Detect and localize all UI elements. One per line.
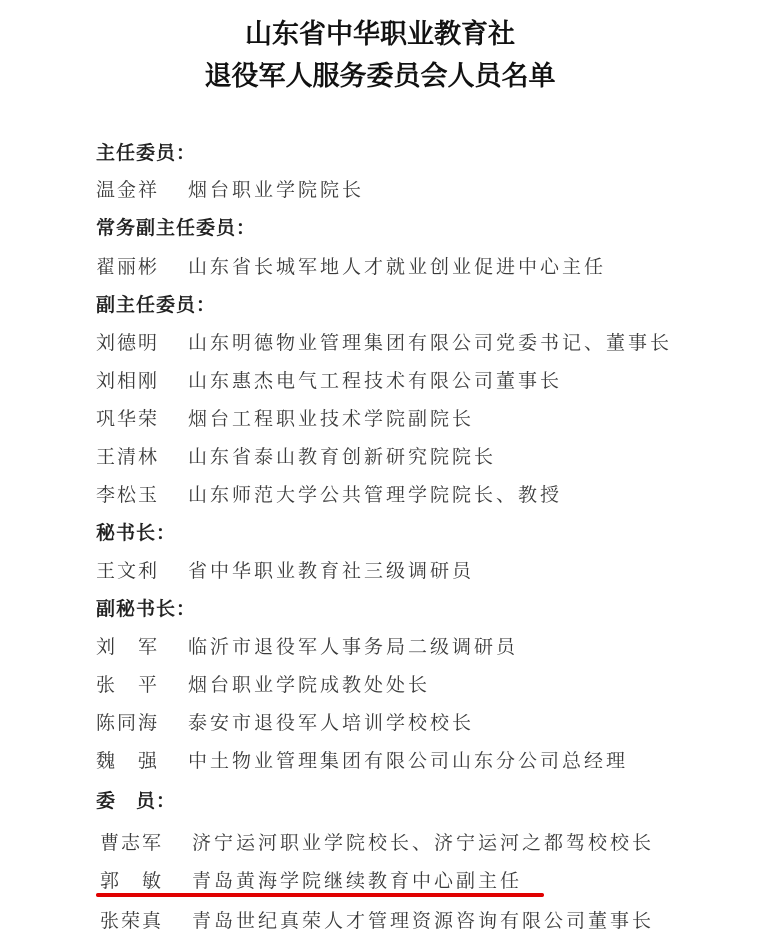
member-entry: 刘德明山东明德物业管理集团有限公司党委书记、董事长	[96, 328, 672, 355]
document-title-line1: 山东省中华职业教育社	[0, 12, 760, 51]
member-role: 烟台职业学院成教处处长	[188, 674, 430, 696]
member-role: 山东师范大学公共管理学院院长、教授	[188, 484, 562, 506]
member-entry: 刘 军临沂市退役军人事务局二级调研员	[96, 632, 518, 659]
member-role: 临沂市退役军人事务局二级调研员	[188, 636, 518, 658]
member-name: 曹志军	[100, 828, 192, 855]
member-entry: 刘相刚山东惠杰电气工程技术有限公司董事长	[96, 366, 562, 393]
member-name: 刘相刚	[96, 366, 188, 393]
member-role: 山东惠杰电气工程技术有限公司董事长	[188, 370, 562, 392]
member-entry: 张 平烟台职业学院成教处处长	[96, 670, 430, 697]
member-name: 魏 强	[96, 746, 188, 773]
member-entry: 翟丽彬山东省长城军地人才就业创业促进中心主任	[96, 252, 606, 279]
member-name: 巩华荣	[96, 404, 188, 431]
member-role: 山东明德物业管理集团有限公司党委书记、董事长	[188, 332, 672, 354]
member-role: 山东省长城军地人才就业创业促进中心主任	[188, 256, 606, 278]
section-heading-deputy-secretary-general: 副秘书长：	[96, 594, 196, 621]
member-entry: 王清林山东省泰山教育创新研究院院长	[96, 442, 496, 469]
member-role: 省中华职业教育社三级调研员	[188, 560, 474, 582]
member-name: 郭 敏	[100, 866, 192, 893]
member-name: 张 平	[96, 670, 188, 697]
member-entry: 巩华荣烟台工程职业技术学院副院长	[96, 404, 474, 431]
member-role: 泰安市退役军人培训学校校长	[188, 712, 474, 734]
member-name: 李松玉	[96, 480, 188, 507]
member-name: 刘 军	[96, 632, 188, 659]
member-entry: 魏 强中土物业管理集团有限公司山东分公司总经理	[96, 746, 628, 773]
member-name: 温金祥	[96, 175, 188, 202]
section-heading-chair: 主任委员：	[96, 138, 196, 165]
member-entry: 李松玉山东师范大学公共管理学院院长、教授	[96, 480, 562, 507]
member-entry: 张荣真青岛世纪真荣人才管理资源咨询有限公司董事长	[100, 906, 654, 933]
member-name: 陈同海	[96, 708, 188, 735]
member-entry: 曹志军济宁运河职业学院校长、济宁运河之都驾校校长	[100, 828, 654, 855]
member-entry: 温金祥烟台职业学院院长	[96, 175, 364, 202]
member-role: 烟台工程职业技术学院副院长	[188, 408, 474, 430]
member-entry: 王文利省中华职业教育社三级调研员	[96, 556, 474, 583]
member-name: 翟丽彬	[96, 252, 188, 279]
section-heading-executive-vice-chair: 常务副主任委员：	[96, 213, 256, 240]
member-entry-highlighted: 郭 敏青岛黄海学院继续教育中心副主任	[100, 866, 522, 893]
member-name: 王文利	[96, 556, 188, 583]
member-role: 济宁运河职业学院校长、济宁运河之都驾校校长	[192, 832, 654, 854]
member-name: 刘德明	[96, 328, 188, 355]
member-role: 青岛黄海学院继续教育中心副主任	[192, 870, 522, 892]
member-role: 山东省泰山教育创新研究院院长	[188, 446, 496, 468]
red-highlight-underline	[96, 893, 544, 897]
section-heading-vice-chair: 副主任委员：	[96, 290, 216, 317]
section-heading-members: 委 员：	[96, 786, 176, 813]
section-heading-secretary-general: 秘书长：	[96, 518, 176, 545]
member-name: 王清林	[96, 442, 188, 469]
member-name: 张荣真	[100, 906, 192, 933]
member-entry: 陈同海泰安市退役军人培训学校校长	[96, 708, 474, 735]
member-role: 烟台职业学院院长	[188, 179, 364, 201]
member-role: 中土物业管理集团有限公司山东分公司总经理	[188, 750, 628, 772]
document-title-line2: 退役军人服务委员会人员名单	[0, 54, 760, 93]
member-role: 青岛世纪真荣人才管理资源咨询有限公司董事长	[192, 910, 654, 932]
